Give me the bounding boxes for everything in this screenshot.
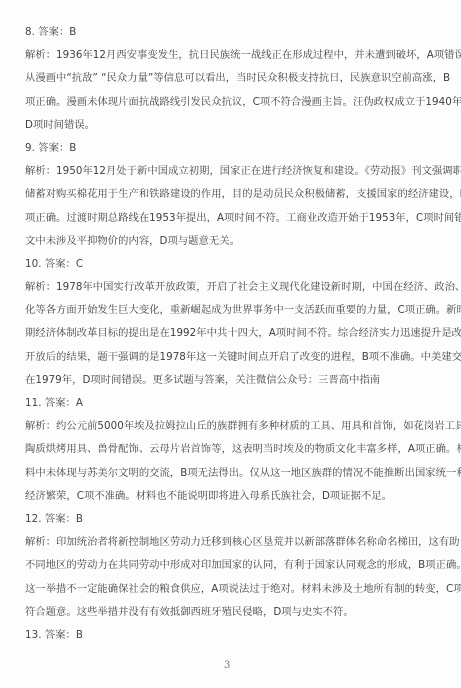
answer-heading-q12: 12. 答案：B xyxy=(25,508,437,531)
analysis-line: 解析：1978年中国实行改革开放政策，开启了社会主义现代化建设新时期，中国在经济… xyxy=(25,276,437,299)
analysis-line: 储蓄对购买棉花用于生产和铁路建设的作用，目的是动员民众积极储蓄，支援国家的经济建… xyxy=(25,183,437,206)
analysis-line: 解析：1950年12月处于新中国成立初期，国家正在进行经济恢复和建设。《劳动报》… xyxy=(25,160,437,183)
analysis-line: D项时间错误。 xyxy=(25,114,437,137)
document-page: 8. 答案：B 解析：1936年12月西安事变发生，抗日民族统一战线正在形成过程… xyxy=(0,0,461,688)
analysis-line: 项正确。漫画未体现片面抗战路线引发民众抗议，C项不符合漫画主旨。汪伪政权成立于1… xyxy=(25,91,437,114)
analysis-line: 文中未涉及平抑物价的内容，D项与题意无关。 xyxy=(25,230,437,253)
analysis-line: 从漫画中“抗敌” “民众力量”等信息可以看出，当时民众积极支持抗日，民族意识空前… xyxy=(25,67,437,90)
answer-heading-q13: 13. 答案：B xyxy=(25,624,437,647)
analysis-line: 陶质烘烤用具、兽骨配饰、云母片岩首饰等，这表明当时埃及的物质文化丰富多样，A项正… xyxy=(25,438,437,461)
answer-heading-q11: 11. 答案：A xyxy=(25,392,437,415)
analysis-line: 在1979年，D项时间错误。更多试题与答案，关注微信公众号：三晋高中指南 xyxy=(25,369,437,392)
analysis-line: 解析：印加统治者将新控制地区劳动力迁移到核心区垦荒并以新部落群体名称命名梯田，这… xyxy=(25,531,437,554)
answer-heading-q10: 10. 答案：C xyxy=(25,253,437,276)
answer-heading-q8: 8. 答案：B xyxy=(25,21,437,44)
analysis-line: 不同地区的劳动力在共同劳动中形成对印加国家的认同，有利于国家认同观念的形成，B项… xyxy=(25,554,437,577)
analysis-line: 符合题意。这些举措并没有有效抵御西班牙殖民侵略，D项与史实不符。 xyxy=(25,601,437,624)
analysis-line: 经济繁荣，C项不准确。材料也不能说明即将进入母系氏族社会，D项证据不足。 xyxy=(25,485,437,508)
analysis-line: 项正确。过渡时期总路线在1953年提出，A项时间不符。工商业改造开始于1953年… xyxy=(25,207,437,230)
page-number: 3 xyxy=(224,660,230,671)
analysis-line: 化等各方面开始发生巨大变化，重新崛起成为世界事务中一支活跃而重要的力量，C项正确… xyxy=(25,299,437,322)
analysis-line: 期经济体制改革目标的提出是在1992年中共十四大，A项时间不符。综合经济实力迅速… xyxy=(25,322,437,345)
answer-explanations: 8. 答案：B 解析：1936年12月西安事变发生，抗日民族统一战线正在形成过程… xyxy=(25,21,437,647)
analysis-line: 料中未体现与苏美尔文明的交流，B项无法得出。仅从这一地区族群的情况不能推断出国家… xyxy=(25,462,437,485)
analysis-line: 解析：1936年12月西安事变发生，抗日民族统一战线正在形成过程中，并未遭到破坏… xyxy=(25,44,437,67)
analysis-line: 解析：约公元前5000年埃及拉姆拉山丘的族群拥有多种材质的工具、用具和首饰，如花… xyxy=(25,415,437,438)
analysis-line: 开放后的结果，题干强调的是1978年这一关键时间点开启了改变的进程，B项不准确。… xyxy=(25,346,437,369)
answer-heading-q9: 9. 答案：B xyxy=(25,137,437,160)
analysis-line: 这一举措不一定能确保社会的粮食供应，A项说法过于绝对。材料未涉及土地所有制的转变… xyxy=(25,578,437,601)
